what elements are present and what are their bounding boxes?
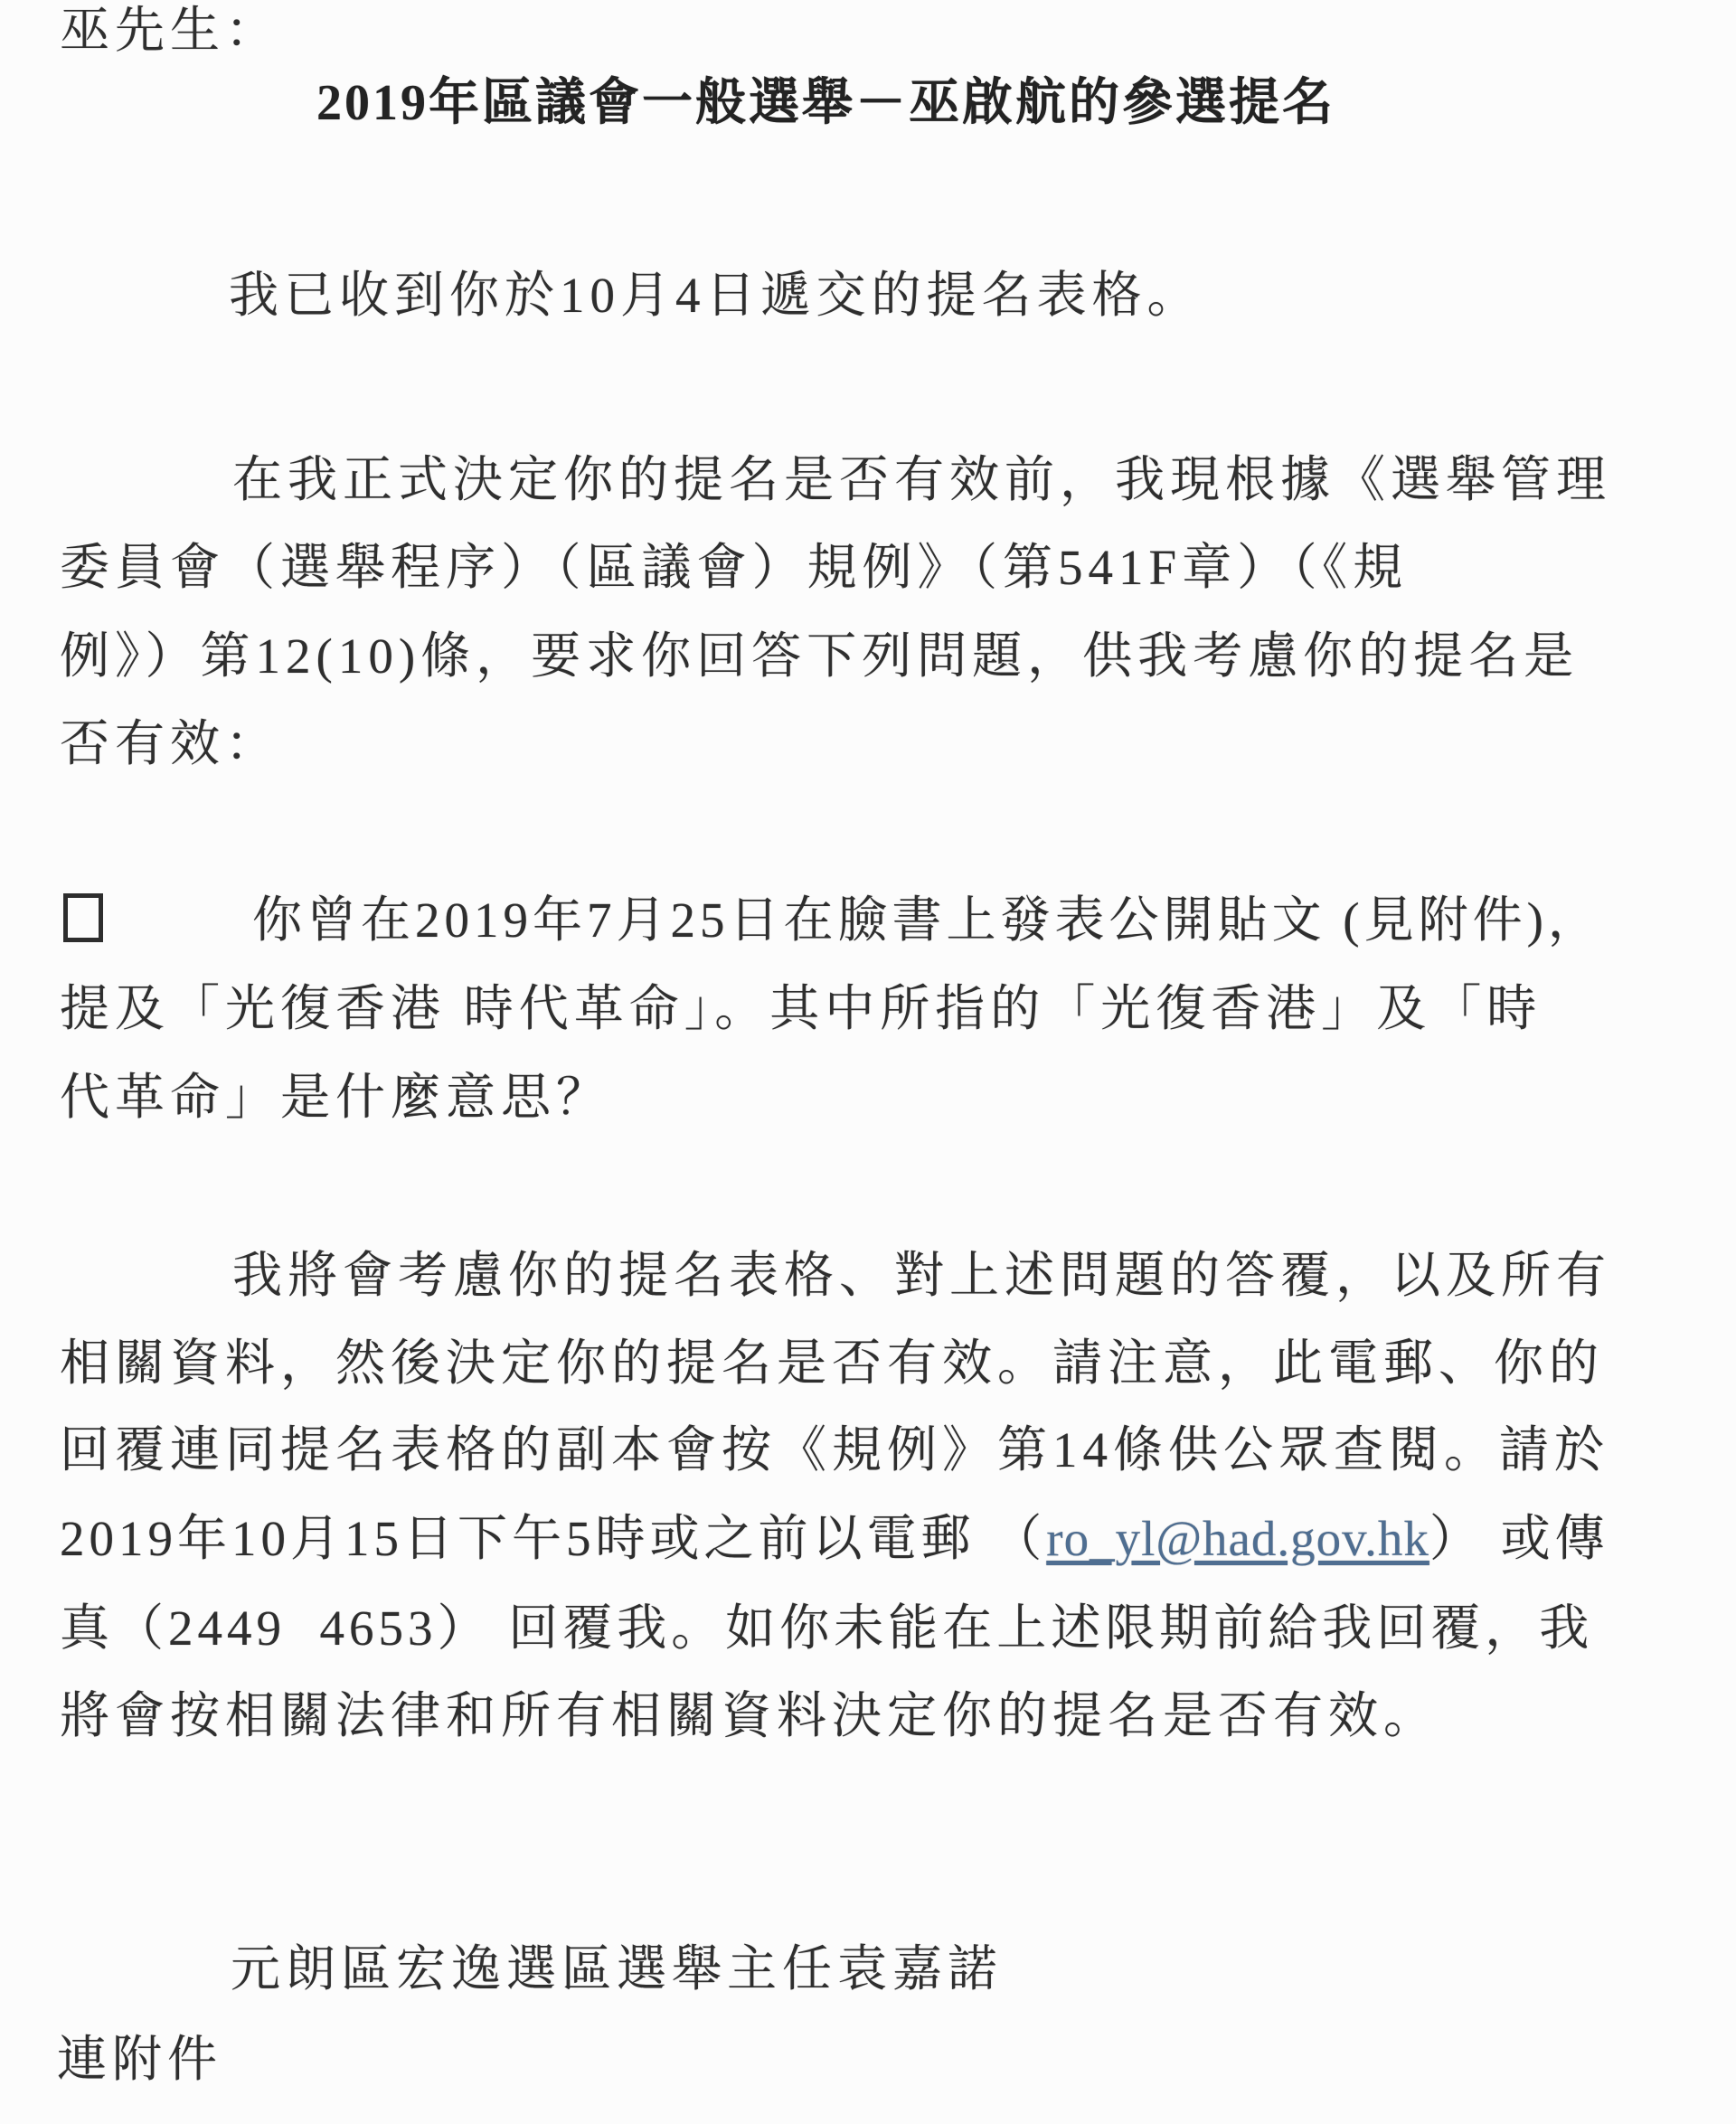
- para-reply-text3: 回覆連同提名表格的副本會按《規例》第14條供公眾查閱。請於: [60, 1422, 1609, 1477]
- para-reply-text1: 我將會考慮你的提名表格、對上述問題的答覆，以及所有: [232, 1248, 1611, 1303]
- salutation: 巫先生：: [60, 2, 280, 60]
- para-reply-text2: 相關資料，然後決定你的提名是否有效。請注意，此電郵、你的: [60, 1336, 1604, 1391]
- para-reply-text6: 將會按相關法律和所有相關資料決定你的提名是否有效。: [60, 1688, 1439, 1743]
- para-reply-text4a: 2019年10月15日下午5時或之前以電郵 （: [60, 1511, 1046, 1566]
- enclosure-line: 連附件: [57, 2031, 222, 2089]
- para-reply-text5: 真（2449 4653） 回覆我。如你未能在上述限期前給我回覆，我: [60, 1600, 1593, 1656]
- para-regulation-line3: 例》）第12(10)條，要求你回答下列問題，供我考慮你的提名是: [60, 628, 1579, 685]
- para-regulation-text1: 在我正式決定你的提名是否有效前，我現根據《選舉管理: [232, 452, 1611, 507]
- para-reply-line1: 我將會考慮你的提名表格、對上述問題的答覆，以及所有: [232, 1247, 1611, 1305]
- letter-page: 巫先生：2019年區議會一般選舉－巫啟航的參選提名我已收到你於10月4日遞交的提…: [0, 0, 1736, 2124]
- para-regulation-text4: 否有效：: [60, 716, 280, 771]
- question-item-line3: 代革命」是什麼意思？: [60, 1069, 611, 1127]
- para-reply-line3: 回覆連同提名表格的副本會按《規例》第14條供公眾查閱。請於: [60, 1421, 1609, 1479]
- salutation-text: 巫先生：: [60, 3, 280, 58]
- para-reply-line5: 真（2449 4653） 回覆我。如你未能在上述限期前給我回覆，我: [60, 1600, 1593, 1657]
- para-reply-text4b: ） 或傳: [1429, 1511, 1609, 1566]
- question-item-line2: 提及「光復香港 時代革命」。其中所指的「光復香港」及「時: [60, 980, 1542, 1038]
- question-text2: 提及「光復香港 時代革命」。其中所指的「光復香港」及「時: [60, 981, 1542, 1036]
- para-regulation-text3: 例》）第12(10)條，要求你回答下列問題，供我考慮你的提名是: [60, 628, 1579, 684]
- para-reply-line2: 相關資料，然後決定你的提名是否有效。請注意，此電郵、你的: [60, 1335, 1604, 1392]
- para-reply-line6: 將會按相關法律和所有相關資料決定你的提名是否有效。: [60, 1687, 1439, 1745]
- subject-text: 2019年區議會一般選舉－巫啟航的參選提名: [316, 75, 1335, 131]
- para-regulation-line2: 委員會（選舉程序）（區議會）規例》（第541F章）（《規: [60, 539, 1408, 597]
- para-receipt: 我已收到你於10月4日遞交的提名表格。: [229, 267, 1203, 325]
- para-regulation-text2: 委員會（選舉程序）（區議會）規例》（第541F章）（《規: [60, 540, 1408, 595]
- para-regulation-line4: 否有效：: [60, 715, 280, 773]
- para-receipt-text: 我已收到你於10月4日遞交的提名表格。: [229, 268, 1203, 323]
- subject-title: 2019年區議會一般選舉－巫啟航的參選提名: [316, 74, 1335, 132]
- para-regulation-line1: 在我正式決定你的提名是否有效前，我現根據《選舉管理: [232, 451, 1611, 509]
- enclosure-text: 連附件: [57, 2032, 222, 2087]
- signature-line: 元朗區宏逸選區選舉主任袁嘉諾: [231, 1940, 1003, 1998]
- question-item-line1: 你曾在2019年7月25日在臉書上發表公開貼文 (見附件)，: [63, 892, 1602, 949]
- question-text1: 你曾在2019年7月25日在臉書上發表公開貼文 (見附件)，: [252, 892, 1602, 948]
- para-reply-line4: 2019年10月15日下午5時或之前以電郵 （ro_yl@had.gov.hk）…: [60, 1510, 1609, 1568]
- email-link[interactable]: ro_yl@had.gov.hk: [1046, 1511, 1429, 1566]
- signature-text: 元朗區宏逸選區選舉主任袁嘉諾: [231, 1941, 1003, 1997]
- question-text3: 代革命」是什麼意思？: [60, 1070, 611, 1125]
- square-bullet-icon: [63, 893, 103, 942]
